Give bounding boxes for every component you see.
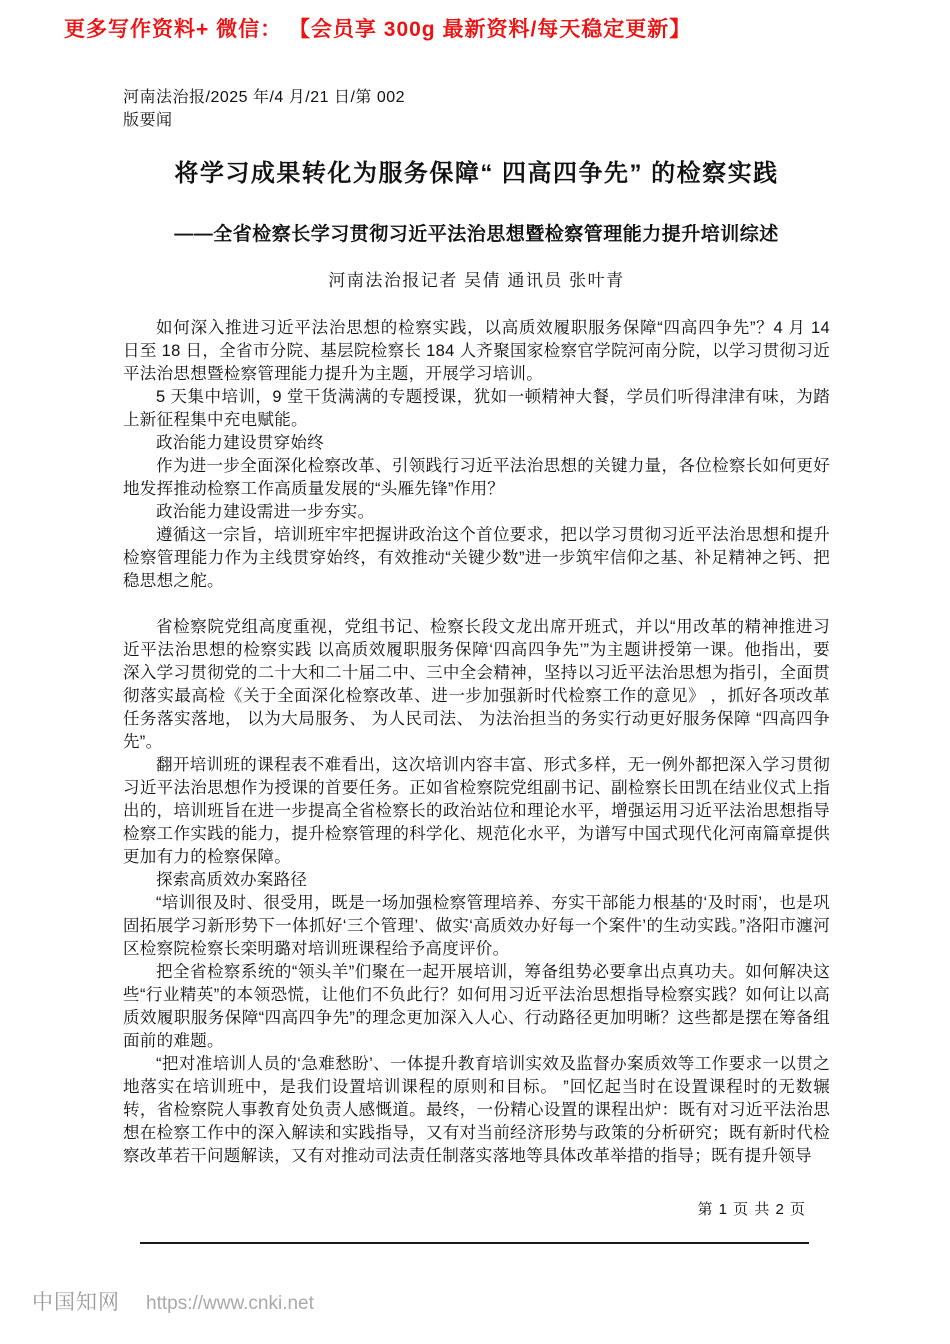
promo-banner: 更多写作资料+ 微信： 【会员享 300g 最新资料/每天稳定更新】 <box>64 13 691 43</box>
source-citation: 河南法治报/2025 年/4 月/21 日/第 002 <box>123 86 830 109</box>
article-paragraph: “把对准培训人员的‘急难愁盼’、一体提升教育培训实效及监督办案质效等工作要求一以… <box>123 1053 830 1168</box>
article-title: 将学习成果转化为服务保障“ 四高四争先” 的检察实践 <box>123 159 830 189</box>
article-paragraph: 政治能力建设需进一步夯实。 <box>123 501 830 524</box>
article-byline: 河南法治报记者 吴倩 通讯员 张叶青 <box>123 270 830 292</box>
article-paragraph: 5 天集中培训，9 堂干货满满的专题授课，犹如一顿精神大餐，学员们听得津津有味，… <box>123 386 830 432</box>
article-paragraph: 作为进一步全面深化检察改革、引领践行习近平法治思想的关键力量，各位检察长如何更好… <box>123 455 830 501</box>
article-paragraph: 遵循这一宗旨，培训班牢牢把握讲政治这个首位要求，把以学习贯彻习近平法治思想和提升… <box>123 524 830 593</box>
article-subtitle: ——全省检察长学习贯彻习近平法治思想暨检察管理能力提升培训综述 <box>123 223 830 247</box>
cnki-logo: 中国知网 <box>32 1286 120 1316</box>
source-section: 版要闻 <box>123 109 830 132</box>
section-heading: 政治能力建设贯穿始终 <box>123 432 830 455</box>
article-body: 如何深入推进习近平法治思想的检察实践，以高质效履职服务保障“四高四争先”？4 月… <box>123 317 830 1168</box>
cnki-url[interactable]: https://www.cnki.net <box>146 1293 314 1315</box>
footer-divider <box>140 1242 809 1244</box>
section-heading: 探索高质效办案路径 <box>123 869 830 892</box>
article-paragraph: 翻开培训班的课程表不难看出，这次培训内容丰富、形式多样，无一例外都把深入学习贯彻… <box>123 754 830 869</box>
article-paragraph: “培训很及时、很受用，既是一场加强检察管理培养、夯实干部能力根基的‘及时雨’，也… <box>123 892 830 961</box>
document-page: 更多写作资料+ 微信： 【会员享 300g 最新资料/每天稳定更新】 河南法治报… <box>0 0 950 1344</box>
article-paragraph: 把全省检察系统的“领头羊”们聚在一起开展培训，筹备组势必要拿出点真功夫。如何解决… <box>123 961 830 1053</box>
article-paragraph: 如何深入推进习近平法治思想的检察实践，以高质效履职服务保障“四高四争先”？4 月… <box>123 317 830 386</box>
article-paragraph: 省检察院党组高度重视，党组书记、检察长段文龙出席开班式，并以“用改革的精神推进习… <box>123 616 830 754</box>
cnki-watermark: 中国知网 https://www.cnki.net <box>32 1286 314 1316</box>
page-number: 第 1 页 共 2 页 <box>123 1198 830 1219</box>
article: 河南法治报/2025 年/4 月/21 日/第 002 版要闻 将学习成果转化为… <box>123 86 830 1219</box>
